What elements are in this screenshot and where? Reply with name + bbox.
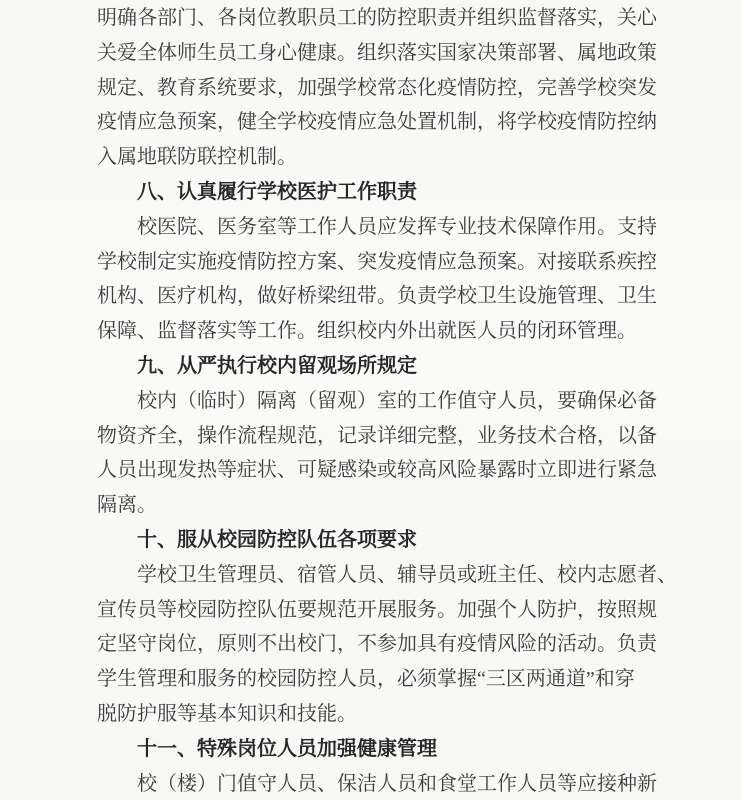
paragraph-line: 疫情应急预案，健全学校疫情应急处置机制，将学校疫情防控纳 — [97, 105, 659, 140]
paragraph-line: 宣传员等校园防控队伍要规范开展服务。加强个人防护，按照规 — [97, 593, 659, 628]
document-page: 明确各部门、各岗位教职员工的防控职责并组织监督落实，关心 关爱全体师生员工身心健… — [0, 0, 741, 800]
paragraph-line: 脱防护服等基本知识和技能。 — [97, 697, 659, 732]
paragraph-line: 学校制定实施疫情防控方案、突发疫情应急预案。对接联系疾控 — [97, 245, 659, 280]
paragraph-line: 保障、监督落实等工作。组织校内外出就医人员的闭环管理。 — [97, 314, 659, 349]
section-heading-8: 八、认真履行学校医护工作职责 — [97, 175, 659, 210]
paragraph-line: 人员出现发热等症状、可疑感染或较高风险暴露时立即进行紧急 — [97, 453, 659, 488]
paragraph-line: 校医院、医务室等工作人员应发挥专业技术保障作用。支持 — [97, 210, 659, 245]
paragraph-line: 规定、教育系统要求，加强学校常态化疫情防控，完善学校突发 — [97, 71, 659, 106]
paragraph-line: 明确各部门、各岗位教职员工的防控职责并组织监督落实，关心 — [97, 1, 659, 36]
paragraph-line: 物资齐全，操作流程规范，记录详细完整，业务技术合格，以备 — [97, 419, 659, 454]
paragraph-line: 隔离。 — [97, 488, 659, 523]
paragraph-line: 校（楼）门值守人员、保洁人员和食堂工作人员等应接种新 — [97, 767, 659, 800]
section-heading-10: 十、服从校园防控队伍各项要求 — [97, 523, 659, 558]
paragraph-line: 学校卫生管理员、宿管人员、辅导员或班主任、校内志愿者、 — [97, 558, 659, 593]
paragraph-line: 定坚守岗位，原则不出校门，不参加具有疫情风险的活动。负责 — [97, 627, 659, 662]
section-heading-9: 九、从严执行校内留观场所规定 — [97, 349, 659, 384]
paragraph-line: 机构、医疗机构，做好桥梁纽带。负责学校卫生设施管理、卫生 — [97, 279, 659, 314]
paragraph-line: 校内（临时）隔离（留观）室的工作值守人员，要确保必备 — [97, 384, 659, 419]
paragraph-line: 入属地联防联控机制。 — [97, 140, 659, 175]
section-heading-11: 十一、特殊岗位人员加强健康管理 — [97, 732, 659, 767]
paragraph-line: 关爱全体师生员工身心健康。组织落实国家决策部署、属地政策 — [97, 36, 659, 71]
paragraph-line: 学生管理和服务的校园防控人员，必须掌握“三区两通道”和穿 — [97, 662, 659, 697]
